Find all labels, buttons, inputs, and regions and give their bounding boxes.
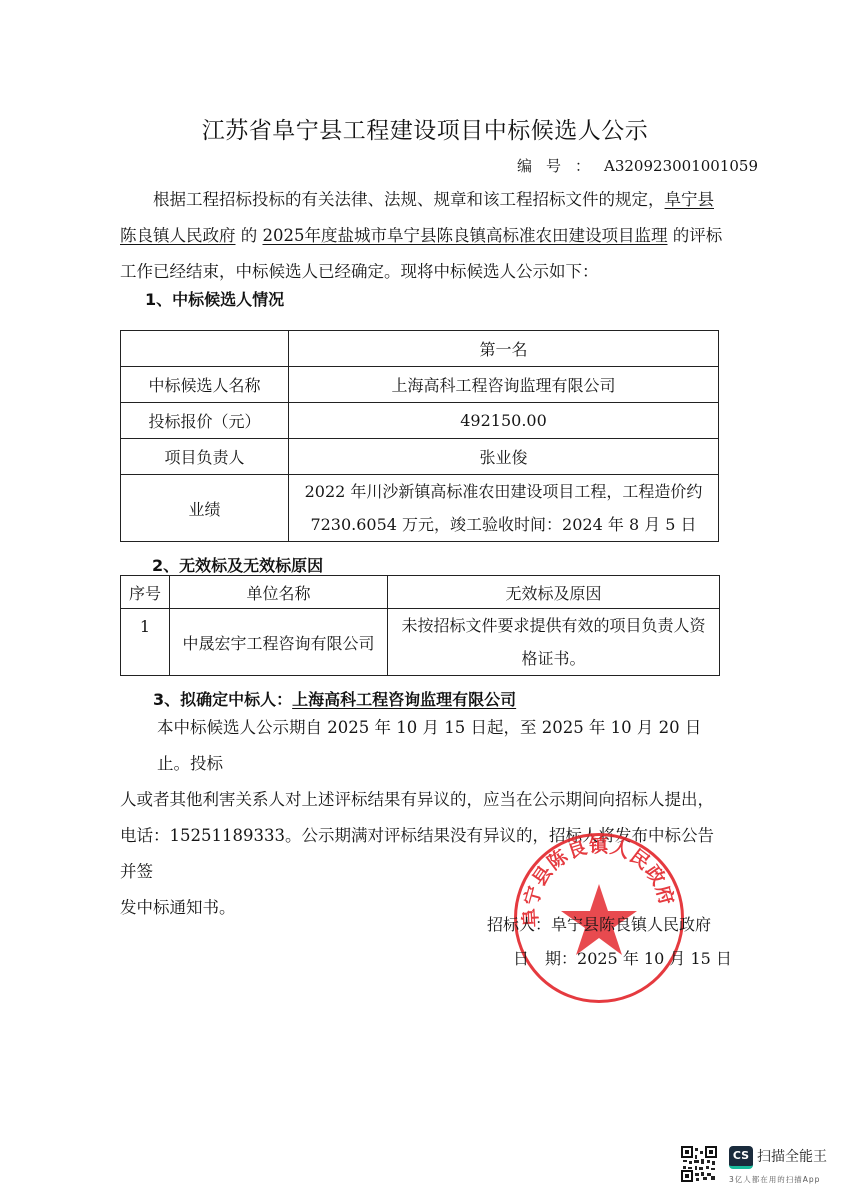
row-value: 2022 年川沙新镇高标准农田建设项目工程，工程造价约 7230.6054 万元…	[289, 475, 719, 542]
scanner-app-tagline: 3亿人都在用的扫描App	[729, 1174, 820, 1185]
table-row: 项目负责人 张业俊	[121, 439, 719, 475]
date-label: 日 期：	[513, 949, 577, 968]
document-title: 江苏省阜宁县工程建设项目中标候选人公示	[0, 112, 850, 145]
table-header-row: 序号 单位名称 无效标及原因	[121, 576, 720, 609]
row-value: 张业俊	[289, 439, 719, 475]
tenderer-label: 招标人：	[487, 915, 551, 934]
document-number-label: 编号：	[517, 157, 604, 175]
table-header-blank	[121, 331, 289, 367]
document-number-value: A320923001001059	[604, 157, 758, 175]
intro-text-1: 根据工程招标投标的有关法律、法规、规章和该工程招标文件的规定，	[153, 190, 665, 209]
reason-line-1: 未按招标文件要求提供有效的项目负责人资	[388, 609, 719, 642]
invalid-bids-table: 序号 单位名称 无效标及原因 1 中晟宏宇工程咨询有限公司 未按招标文件要求提供…	[120, 575, 720, 676]
notice-line-2: 人或者其他利害关系人对上述评标结果有异议的，应当在公示期间向招标人提出，	[120, 782, 725, 818]
row-label: 业绩	[121, 475, 289, 542]
col-seq: 序号	[121, 576, 170, 609]
table-row: 业绩 2022 年川沙新镇高标准农田建设项目工程，工程造价约 7230.6054…	[121, 475, 719, 542]
row-label: 投标报价（元）	[121, 403, 289, 439]
signature-tenderer: 招标人：阜宁县陈良镇人民政府	[487, 912, 711, 935]
notice-line-1: 本中标候选人公示期自 2025 年 10 月 15 日起，至 2025 年 10…	[120, 710, 725, 782]
camscanner-logo-icon: CS	[729, 1146, 753, 1169]
tenderer-signature: 阜宁县陈良镇人民政府	[551, 915, 711, 934]
intro-text-2: 的	[236, 226, 263, 245]
table-row: 1 中晟宏宇工程咨询有限公司 未按招标文件要求提供有效的项目负责人资 格证书。	[121, 609, 720, 676]
cell-company: 中晟宏宇工程咨询有限公司	[170, 609, 388, 676]
performance-line-2: 7230.6054 万元，竣工验收时间：2024 年 8 月 5 日	[289, 508, 718, 541]
section2-heading: 2、无效标及无效标原因	[152, 553, 323, 576]
qr-code-icon	[681, 1146, 717, 1182]
col-company: 单位名称	[170, 576, 388, 609]
document-number: 编号：A320923001001059	[517, 155, 758, 176]
project-name: 2025年度盐城市阜宁县陈良镇高标准农田建设项目监理	[263, 226, 668, 245]
section3-label: 3、拟确定中标人：	[153, 690, 292, 709]
col-reason: 无效标及原因	[388, 576, 720, 609]
cell-reason: 未按招标文件要求提供有效的项目负责人资 格证书。	[388, 609, 720, 676]
performance-line-1: 2022 年川沙新镇高标准农田建设项目工程，工程造价约	[289, 475, 718, 508]
table-row: 中标候选人名称 上海高科工程咨询监理有限公司	[121, 367, 719, 403]
section1-heading: 1、中标候选人情况	[145, 287, 284, 310]
row-value: 上海高科工程咨询监理有限公司	[289, 367, 719, 403]
winning-bidder: 上海高科工程咨询监理有限公司	[292, 690, 516, 709]
table-header-row: 第一名	[121, 331, 719, 367]
signature-date: 日 期：2025 年 10 月 15 日	[513, 946, 732, 969]
cell-seq: 1	[121, 609, 170, 676]
intro-paragraph: 根据工程招标投标的有关法律、法规、规章和该工程招标文件的规定，阜宁县陈良镇人民政…	[120, 182, 725, 290]
row-value: 492150.00	[289, 403, 719, 439]
row-label: 中标候选人名称	[121, 367, 289, 403]
reason-line-2: 格证书。	[388, 642, 719, 675]
date-value: 2025 年 10 月 15 日	[577, 949, 732, 968]
section3-heading: 3、拟确定中标人：上海高科工程咨询监理有限公司	[153, 687, 516, 710]
candidate-table: 第一名 中标候选人名称 上海高科工程咨询监理有限公司 投标报价（元） 49215…	[120, 330, 719, 542]
row-label: 项目负责人	[121, 439, 289, 475]
scanner-app-name: 扫描全能王	[757, 1146, 827, 1166]
table-row: 投标报价（元） 492150.00	[121, 403, 719, 439]
table-header-rank: 第一名	[289, 331, 719, 367]
